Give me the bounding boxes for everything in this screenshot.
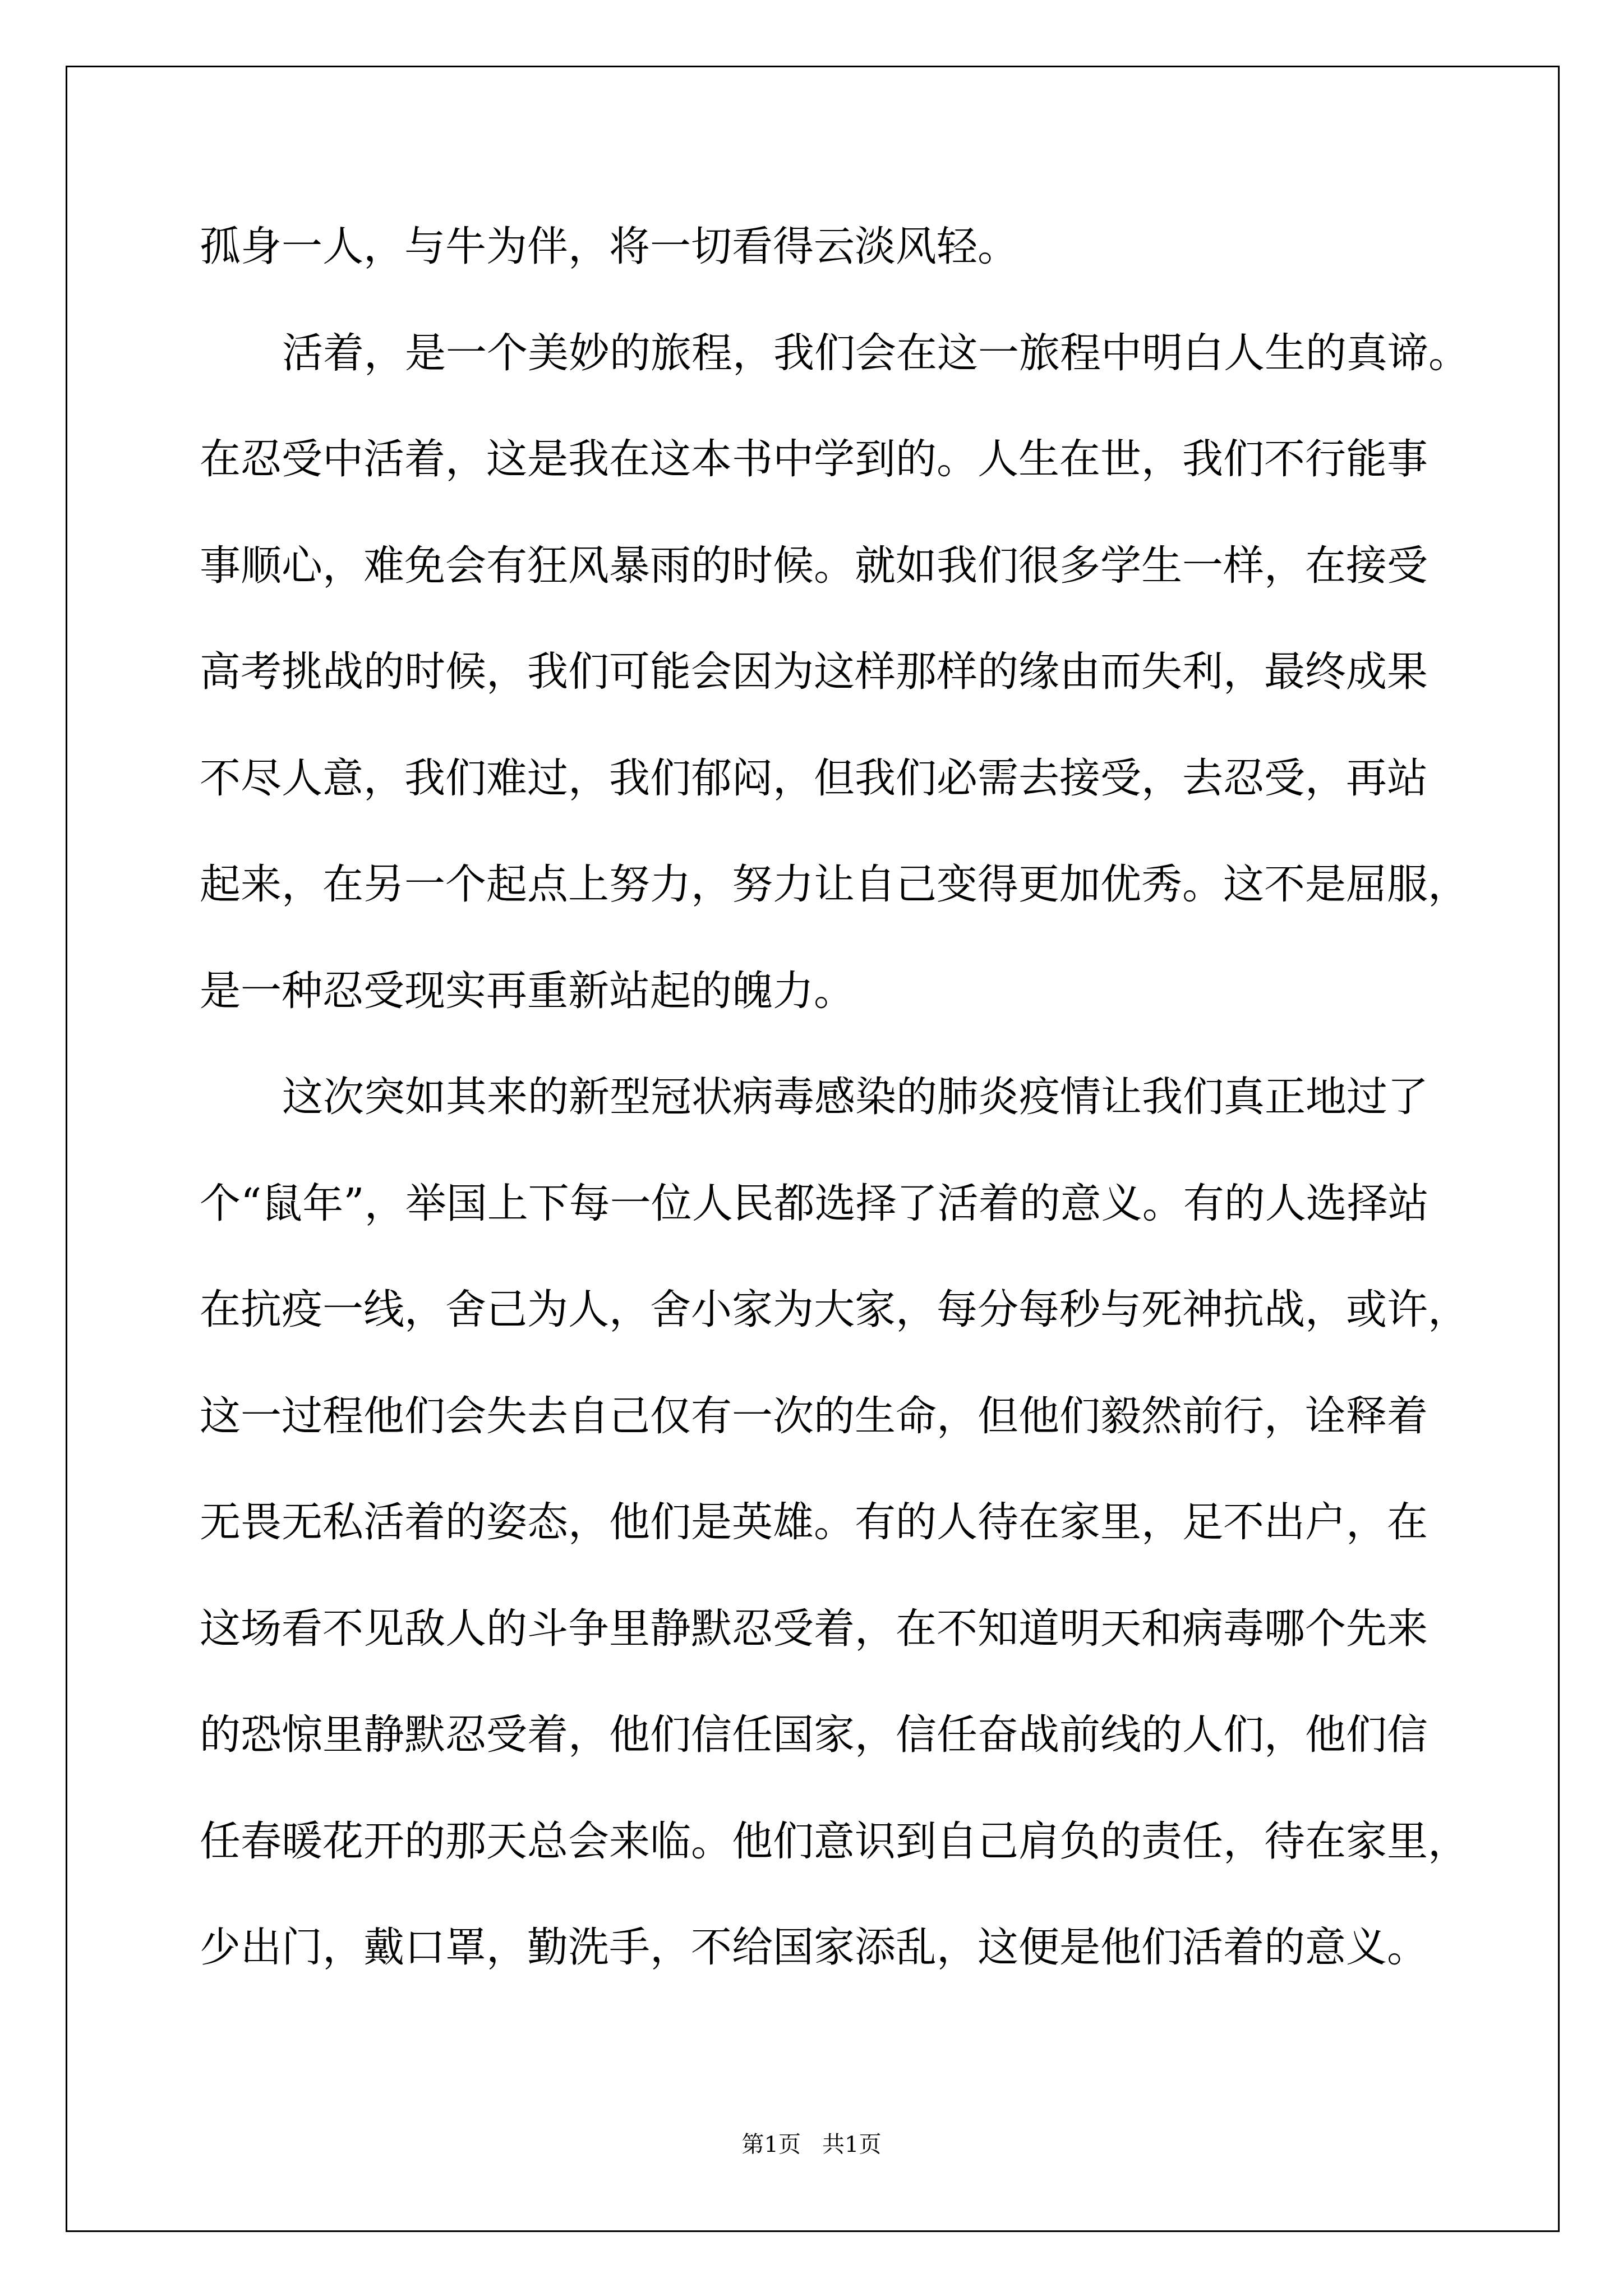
text-line: 在忍受中活着，这是我在这本书中学到的。人生在世，我们不行能事 xyxy=(200,437,1428,482)
text-line: 这一过程他们会失去自己仅有一次的生命，但他们毅然前行，诠释着 xyxy=(200,1394,1428,1439)
text-line: 这场看不见敌人的斗争里静默忍受着，在不知道明天和病毒哪个先来 xyxy=(200,1607,1428,1651)
text-line: 孤身一人，与牛为伴，将一切看得云淡风轻。 xyxy=(200,224,1018,269)
text-line: 少出门，戴口罩，勤洗手，不给国家添乱，这便是他们活着的意义。 xyxy=(200,1925,1428,1970)
text-line: 是一种忍受现实再重新站起的魄力。 xyxy=(200,969,855,1014)
page-border-frame xyxy=(66,66,1560,2232)
text-line: 任春暖花开的那天总会来临。他们意识到自己肩负的责任，待在家里， xyxy=(200,1819,1469,1864)
text-line: 的恐惊里静默忍受着，他们信任国家，信任奋战前线的人们，他们信 xyxy=(200,1713,1428,1757)
text-line: 在抗疫一线，舍己为人，舍小家为大家，每分每秒与死神抗战，或许， xyxy=(200,1287,1469,1332)
text-line: 不尽人意，我们难过，我们郁闷，但我们必需去接受，去忍受，再站 xyxy=(200,756,1428,801)
text-line: 无畏无私活着的姿态，他们是英雄。有的人待在家里，足不出户，在 xyxy=(200,1500,1428,1545)
text-line: 高考挑战的时候，我们可能会因为这样那样的缘由而失利，最终成果 xyxy=(200,650,1428,694)
text-line: 个“鼠年”，举国上下每一位人民都选择了活着的意义。有的人选择站 xyxy=(200,1181,1429,1226)
text-line: 事顺心，难免会有狂风暴雨的时候。就如我们很多学生一样，在接受 xyxy=(200,544,1428,588)
text-line: 起来，在另一个起点上努力，努力让自己变得更加优秀。这不是屈服， xyxy=(200,862,1469,907)
page-number-footer: 第1页 共1页 xyxy=(0,2131,1623,2159)
text-line-paragraph-start: 这次突如其来的新型冠状病毒感染的肺炎疫情让我们真正地过了 xyxy=(282,1075,1428,1120)
text-line-paragraph-start: 活着，是一个美妙的旅程，我们会在这一旅程中明白人生的真谛。 xyxy=(282,331,1469,376)
